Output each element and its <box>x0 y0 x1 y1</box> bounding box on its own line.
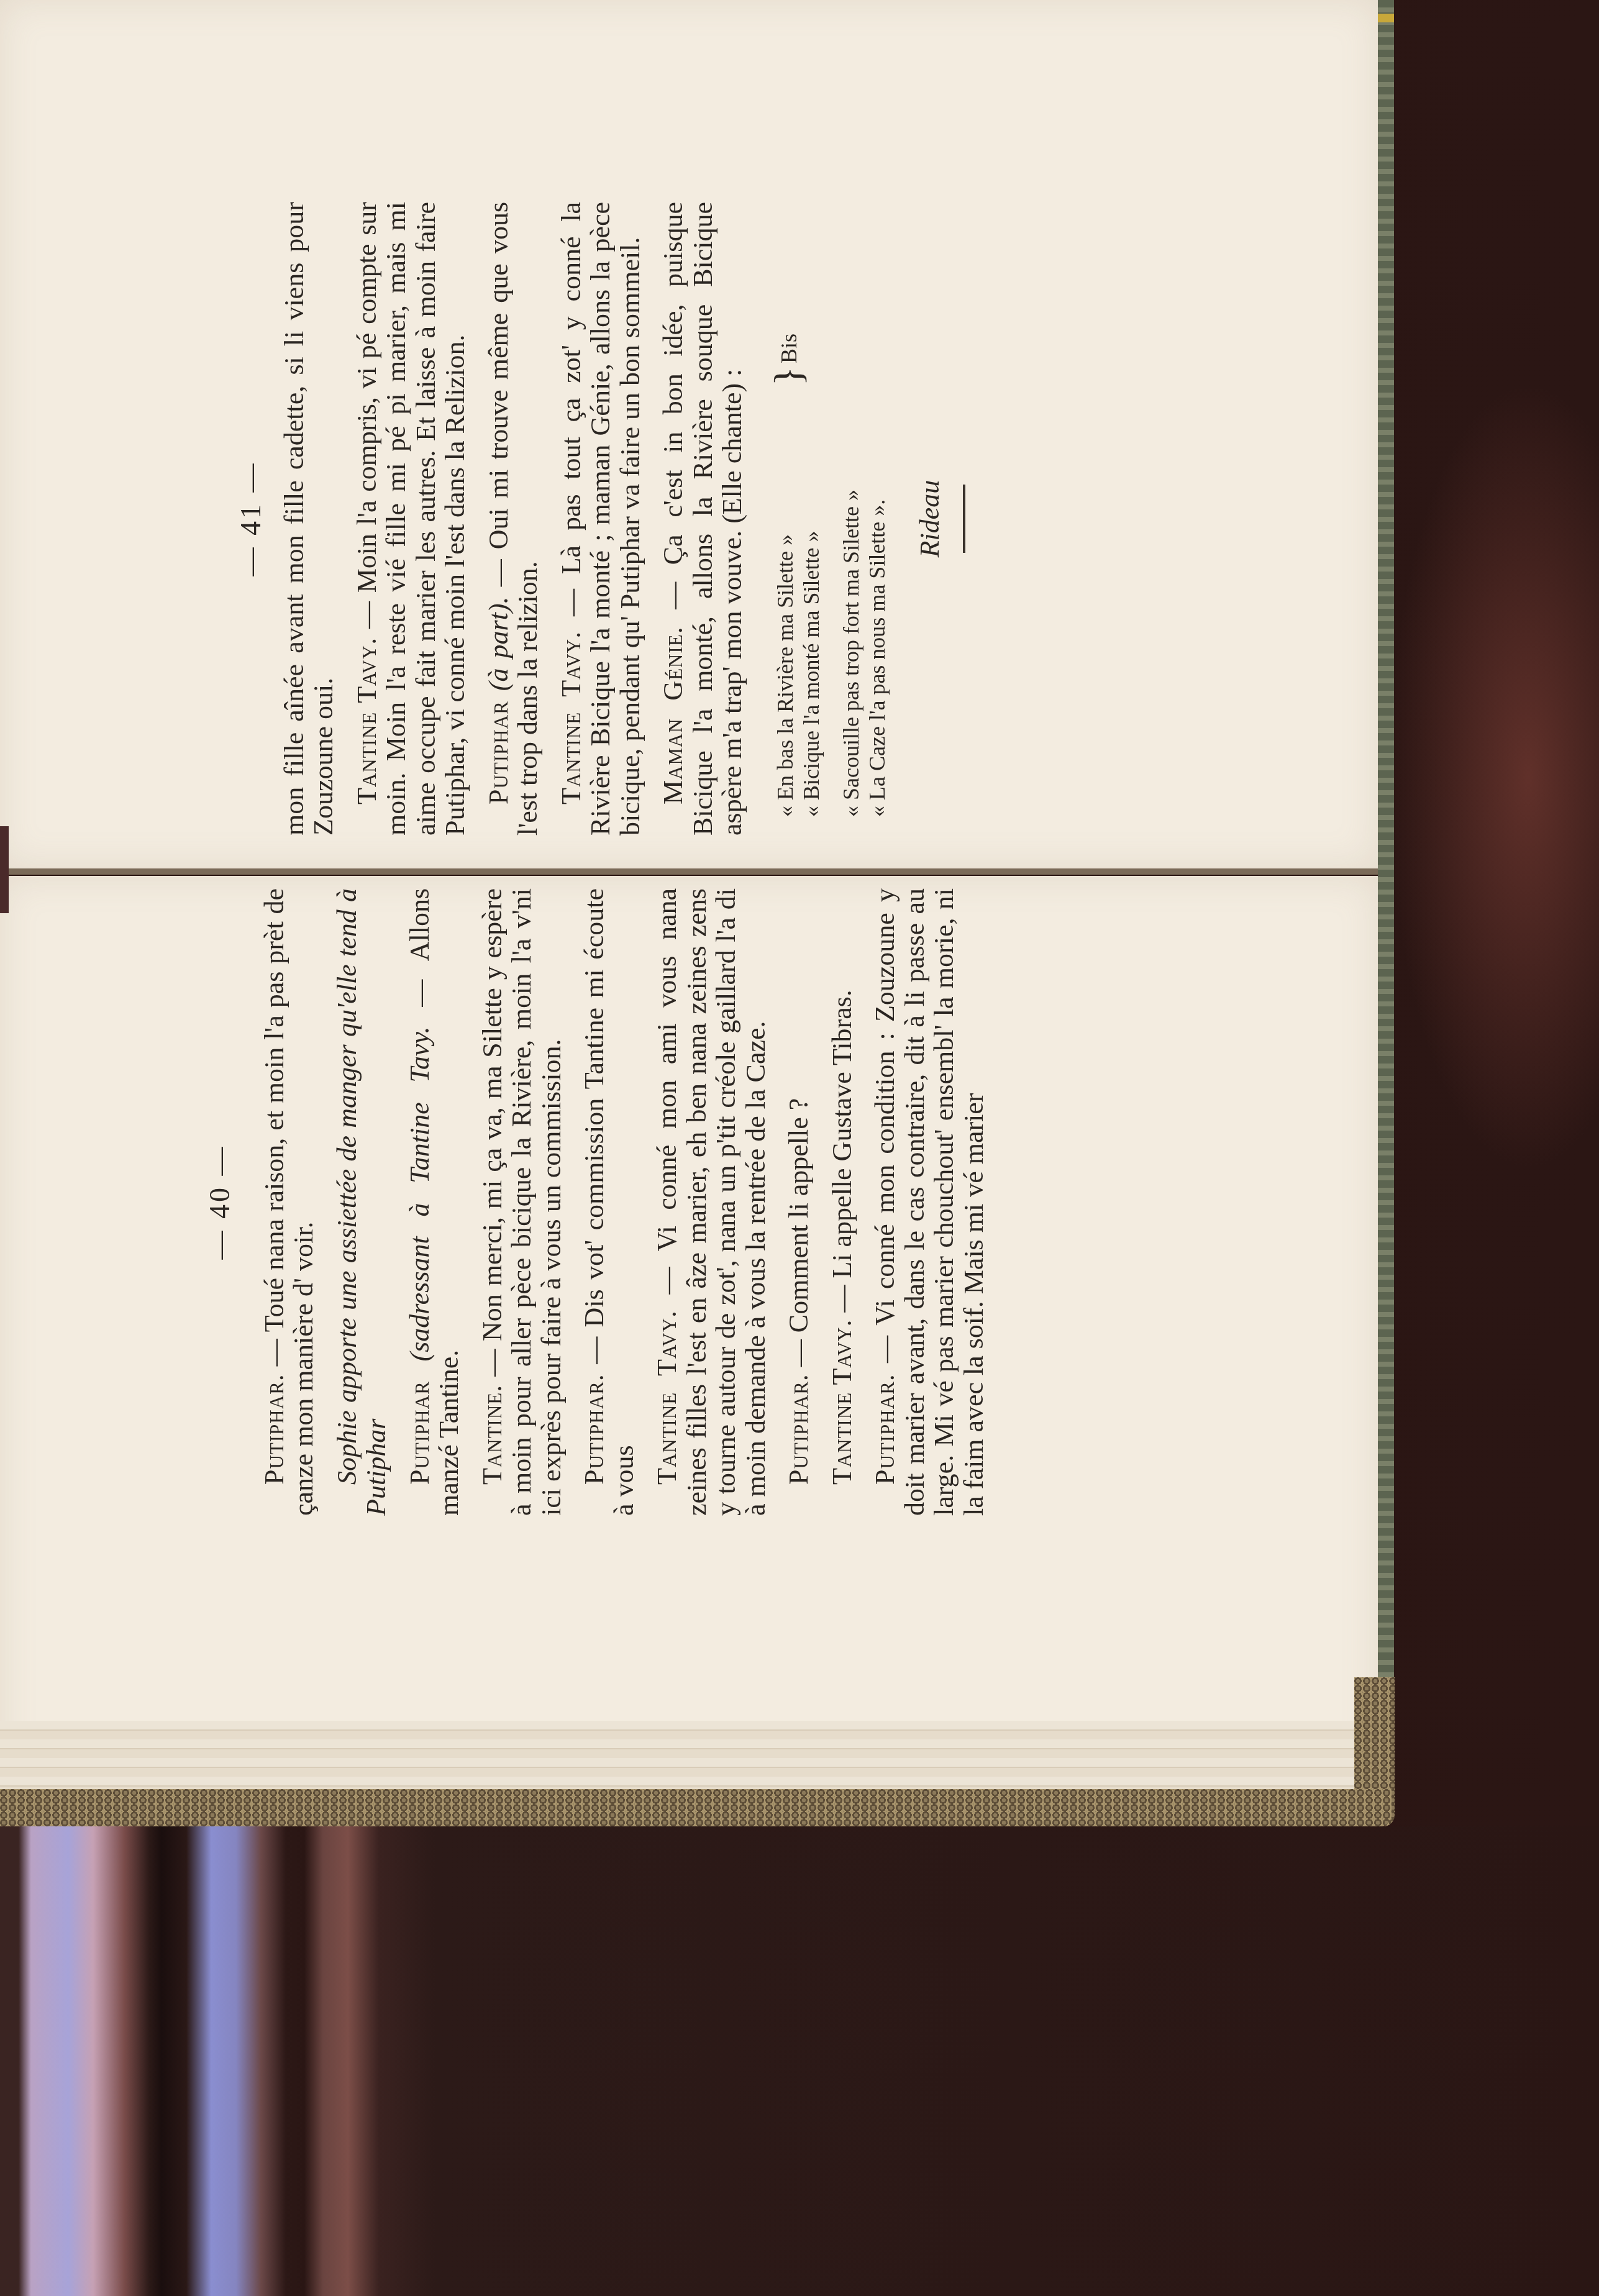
speaker-name: Tantine. <box>477 1385 508 1485</box>
song-line: « En bas la Rivière ma Silette » <box>772 202 798 836</box>
speaker-name: Putiphar. <box>870 1373 900 1485</box>
dialogue-line: Tantine Tavy. — Vi conné mon ami vous na… <box>652 888 770 1516</box>
snakeskin-binding <box>0 1789 1392 1826</box>
dialogue-line: Putiphar. — Toué nana raison, et moin l'… <box>260 888 319 1516</box>
cover-edge <box>0 826 9 913</box>
page-number: — 41 — <box>236 202 266 836</box>
dialogue-line: Putiphar. — Dis vot' commission Tantine … <box>580 888 639 1516</box>
speaker-name: Tantine Tavy. <box>556 631 586 804</box>
page-number: — 40 — <box>205 888 235 1516</box>
speaker-name: Putiphar. <box>783 1373 814 1485</box>
stage-direction: Sophie apporte une assiettée de manger q… <box>332 888 391 1516</box>
dialogue-line: Maman Génie. — Ça c'est in bon idée, pui… <box>658 202 747 836</box>
song-line: « La Caze l'a pas nous ma Silette ». <box>864 202 890 836</box>
speaker-name: Putiphar <box>483 701 514 804</box>
page-stack-edges <box>0 1721 1360 1789</box>
dialogue-line: Putiphar. — Comment li appelle ? <box>784 888 814 1516</box>
repeat-mark: Bis <box>775 334 804 363</box>
song-stanza: « Sacouille pas trop fort ma Silette » «… <box>838 202 890 836</box>
dialogue-line: Tantine. — Non merci, mi ça va, ma Silet… <box>478 888 567 1516</box>
closing-rideau: Rideau <box>915 202 945 836</box>
dialogue-line: Tantine Tavy. — Moin l'a compris, vi pé … <box>352 202 470 836</box>
end-rule <box>963 485 965 553</box>
paragraph: mon fille aînée avant mon fille cadette,… <box>280 202 339 836</box>
song-line: « Bicique l'a monté ma Silette » <box>798 202 824 836</box>
song-line: « Sacouille pas trop fort ma Silette » <box>838 202 864 836</box>
speaker-name: Putiphar <box>404 1381 435 1485</box>
stage-aside: (à part). <box>483 596 514 691</box>
gilt-edge-mark <box>1378 14 1394 22</box>
speaker-name: Putiphar. <box>579 1373 609 1485</box>
stage-aside: (sadressant à Tantine Tavy. <box>404 1026 435 1361</box>
song-stanza: « En bas la Rivière ma Silette » « Biciq… <box>772 202 824 836</box>
page-41-text: — 41 — mon fille aînée avant mon fille c… <box>236 202 965 836</box>
dialogue-line: Putiphar (à part). — Oui mi trouve même … <box>484 202 543 836</box>
page-40-text: — 40 — Putiphar. — Toué nana raison, et … <box>205 888 988 1516</box>
speaker-name: Tantine Tavy. <box>827 1319 857 1485</box>
speaker-name: Tantine Tavy. <box>652 1310 682 1485</box>
desk-reflections <box>0 1826 1599 2296</box>
book-fore-edge <box>1378 0 1394 1702</box>
dialogue-line: Tantine Tavy. — Là pas tout ça zot' y co… <box>557 202 645 836</box>
dialogue-line: Putiphar. — Vi conné mon condition : Zou… <box>870 888 988 1516</box>
speaker-name: Putiphar. <box>259 1373 289 1485</box>
dialogue-line: Tantine Tavy. — Li appelle Gustave Tibra… <box>827 888 857 1516</box>
speaker-name: Tantine Tavy. <box>352 637 382 804</box>
speaker-name: Maman Génie. <box>658 626 688 804</box>
dialogue-line: Putiphar (sadressant à Tantine Tavy. — A… <box>405 888 464 1516</box>
